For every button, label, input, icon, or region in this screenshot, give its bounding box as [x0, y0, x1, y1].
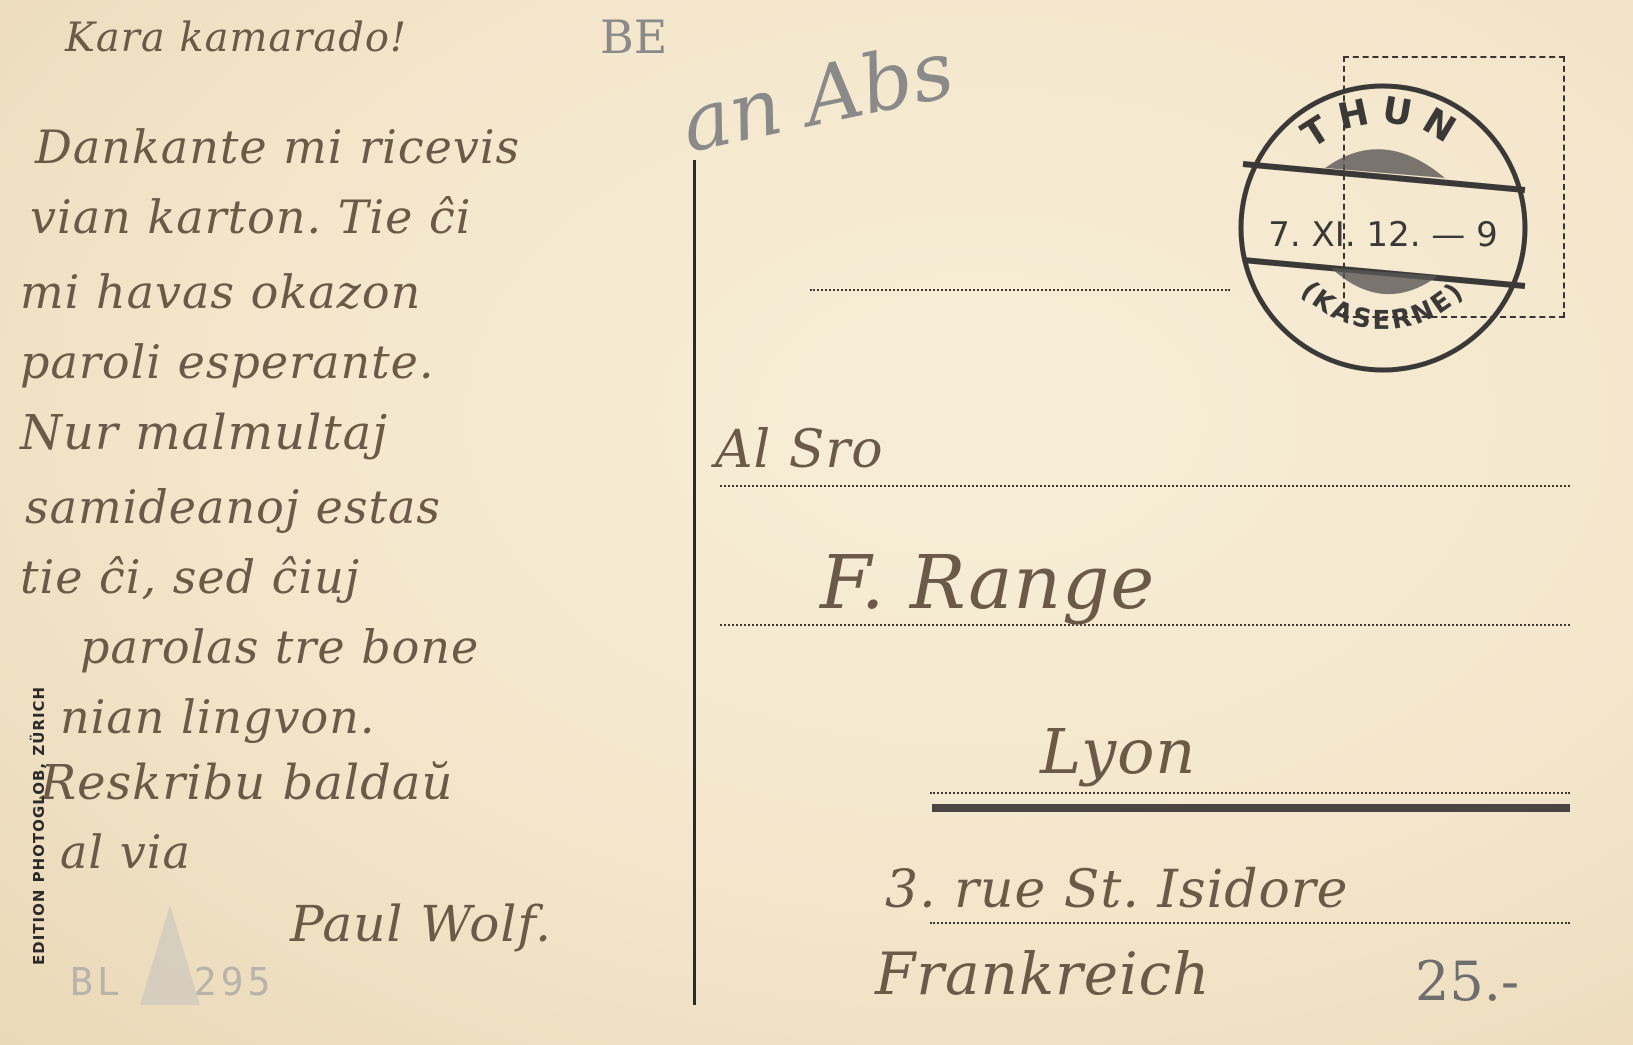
message-line: vian karton. Tie ĉi	[30, 190, 471, 244]
address-country: Frankreich	[875, 940, 1211, 1008]
center-divider	[693, 160, 696, 1005]
publisher-imprint: EDITION PHOTOGLOB, ZÜRICH	[30, 686, 48, 965]
postmark-icon: THUN 7. XI. 12. — 9 (KASERNE)	[1233, 78, 1533, 378]
message-line: tie ĉi, sed ĉiuj	[20, 550, 360, 604]
address-line-4	[930, 922, 1570, 924]
reference-right: 295	[194, 960, 275, 1004]
reference-left: BL	[70, 960, 124, 1004]
address-line-top	[810, 289, 1230, 291]
signature: Paul Wolf.	[290, 895, 552, 953]
address-name: F. Range	[820, 540, 1155, 626]
message-line: Reskribu baldaŭ	[40, 755, 453, 811]
message-line: al via	[60, 825, 191, 879]
address-city: Lyon	[1040, 715, 1196, 788]
message-line: paroli esperante.	[20, 335, 434, 389]
address-street: 3. rue St. Isidore	[885, 860, 1348, 920]
pencil-recipient-note: an Abs	[673, 22, 961, 170]
message-line: mi havas okazon	[20, 265, 421, 319]
reference-number: BL295	[70, 960, 274, 1004]
message-line: samideanoj estas	[25, 480, 441, 534]
address-line-1	[720, 485, 1570, 487]
message-line: nian lingvon.	[60, 690, 375, 744]
message-line: Nur malmultaj	[20, 405, 388, 461]
pencil-price: 25.-	[1415, 950, 1519, 1013]
address-underline-bold	[932, 804, 1570, 812]
message-greeting: Kara kamarado!	[65, 15, 407, 61]
address-line-3	[930, 792, 1570, 794]
postcard-back: Kara kamarado! Dankante mi ricevis vian …	[0, 0, 1633, 1045]
pencil-mark-top: BE	[600, 10, 667, 64]
postmark-date: 7. XI. 12. — 9	[1268, 215, 1498, 255]
message-line: Dankante mi ricevis	[35, 120, 520, 174]
message-line: parolas tre bone	[80, 620, 479, 674]
address-salutation: Al Sro	[715, 420, 884, 480]
